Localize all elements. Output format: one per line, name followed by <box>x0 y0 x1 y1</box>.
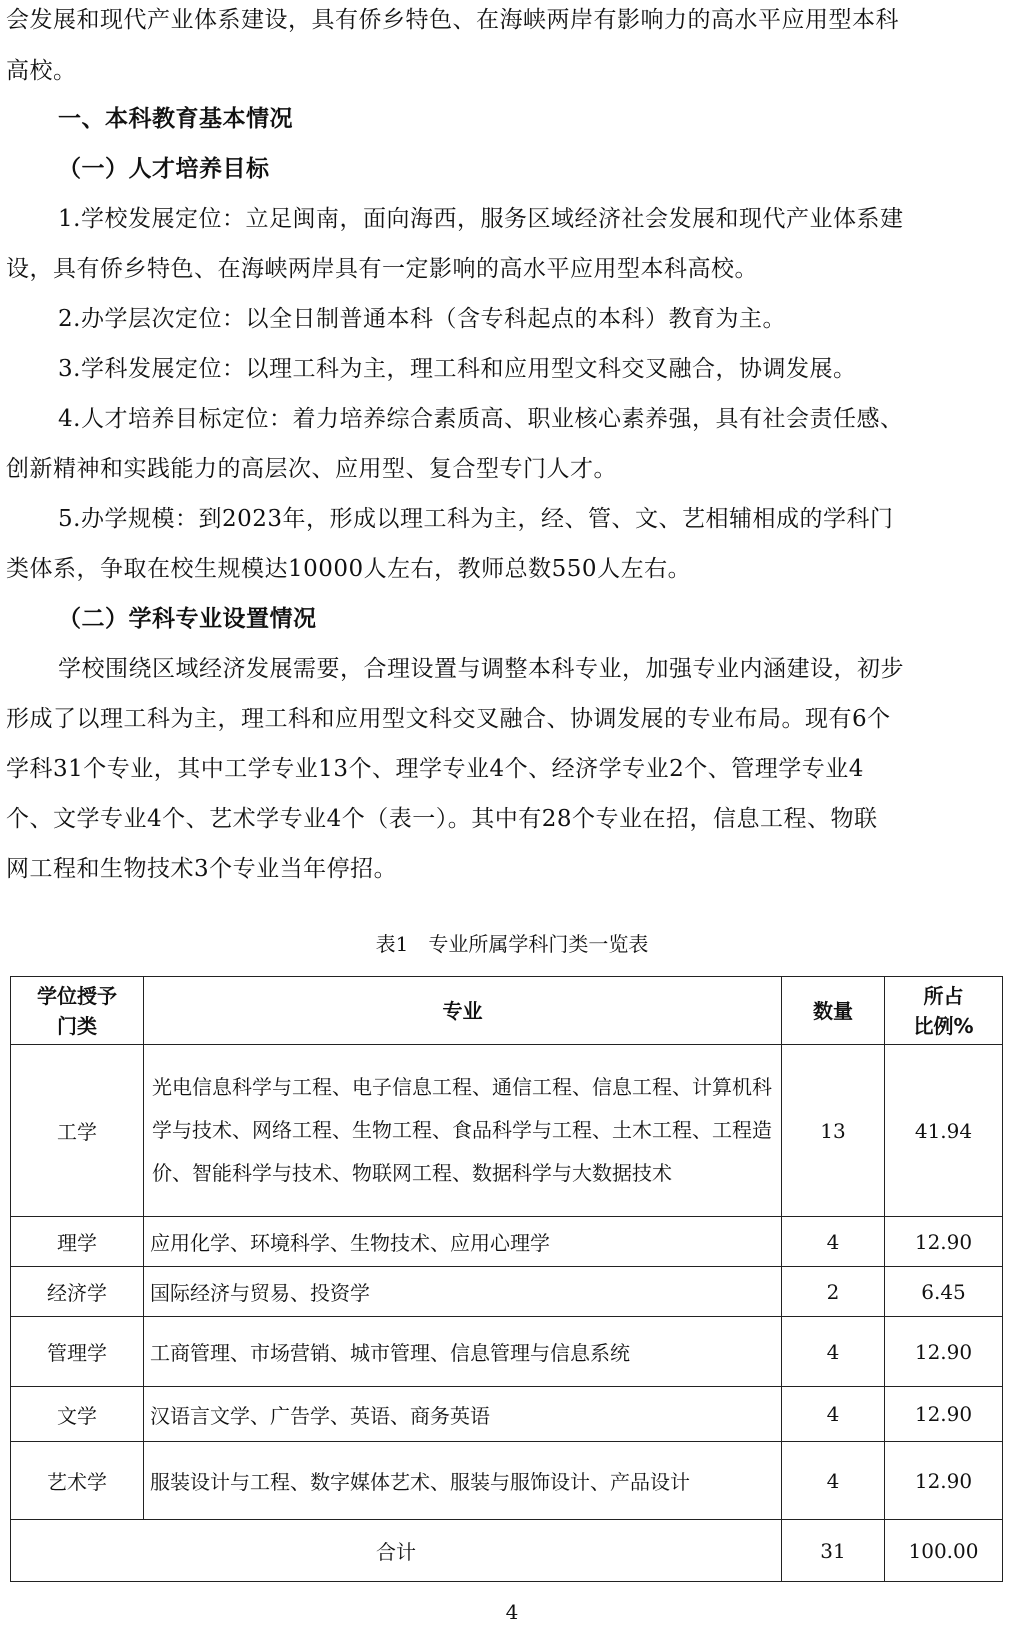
section-heading: （一）人才培养目标 <box>0 154 1024 184</box>
table-row: 工学 光电信息科学与工程、电子信息工程、通信工程、信息工程、计算机科学与技术、网… <box>11 1045 1003 1217</box>
paragraph-line: 设，具有侨乡特色、在海峡两岸具有一定影响的高水平应用型本科高校。 <box>0 254 1024 284</box>
cell-count: 4 <box>782 1217 885 1267</box>
table-row: 管理学 工商管理、市场营销、城市管理、信息管理与信息系统 4 12.90 <box>11 1317 1003 1387</box>
header-count: 数量 <box>782 977 885 1045</box>
header-ratio-line2: 比例% <box>891 1011 996 1041</box>
table-caption: 表1 专业所属学科门类一览表 <box>0 930 1024 958</box>
table-row: 艺术学 服装设计与工程、数字媒体艺术、服装与服饰设计、产品设计 4 12.90 <box>11 1442 1003 1520</box>
header-majors: 专业 <box>144 977 782 1045</box>
header-ratio: 所占 比例% <box>885 977 1003 1045</box>
cell-ratio: 12.90 <box>885 1442 1003 1520</box>
table-body: 工学 光电信息科学与工程、电子信息工程、通信工程、信息工程、计算机科学与技术、网… <box>11 1045 1003 1582</box>
cell-count: 4 <box>782 1317 885 1387</box>
paragraph-line: 高校。 <box>0 56 1024 86</box>
cell-total-ratio: 100.00 <box>885 1520 1003 1582</box>
paragraph-line: 5.办学规模：到2023年，形成以理工科为主，经、管、文、艺相辅相成的学科门 <box>0 504 1024 534</box>
paragraph-line: 学校围绕区域经济发展需要，合理设置与调整本科专业，加强专业内涵建设，初步 <box>0 654 1024 684</box>
header-ratio-line1: 所占 <box>891 981 996 1011</box>
paragraph-line: 网工程和生物技术3个专业当年停招。 <box>0 854 1024 884</box>
table-header-row: 学位授予 门类 专业 数量 所占 比例% <box>11 977 1003 1045</box>
cell-count: 2 <box>782 1267 885 1317</box>
cell-category: 理学 <box>11 1217 144 1267</box>
cell-majors: 应用化学、环境科学、生物技术、应用心理学 <box>144 1217 782 1267</box>
paragraph-line: 创新精神和实践能力的高层次、应用型、复合型专门人才。 <box>0 454 1024 484</box>
cell-ratio: 12.90 <box>885 1317 1003 1387</box>
cell-majors: 国际经济与贸易、投资学 <box>144 1267 782 1317</box>
paragraph-line: 3.学科发展定位：以理工科为主，理工科和应用型文科交叉融合，协调发展。 <box>0 354 1024 384</box>
paragraph-line: 类体系，争取在校生规模达10000人左右，教师总数550人左右。 <box>0 554 1024 584</box>
paragraph-line: 1.学校发展定位：立足闽南，面向海西，服务区域经济社会发展和现代产业体系建 <box>0 204 1024 234</box>
cell-total-label: 合计 <box>11 1520 782 1582</box>
cell-majors: 工商管理、市场营销、城市管理、信息管理与信息系统 <box>144 1317 782 1387</box>
cell-majors: 光电信息科学与工程、电子信息工程、通信工程、信息工程、计算机科学与技术、网络工程… <box>144 1045 782 1217</box>
cell-category: 艺术学 <box>11 1442 144 1520</box>
section-heading: （二）学科专业设置情况 <box>0 604 1024 634</box>
paragraph-line: 2.办学层次定位：以全日制普通本科（含专科起点的本科）教育为主。 <box>0 304 1024 334</box>
header-category-line1: 学位授予 <box>17 981 137 1011</box>
cell-majors: 服装设计与工程、数字媒体艺术、服装与服饰设计、产品设计 <box>144 1442 782 1520</box>
cell-ratio: 41.94 <box>885 1045 1003 1217</box>
cell-count: 4 <box>782 1387 885 1442</box>
paragraph-line: 4.人才培养目标定位：着力培养综合素质高、职业核心素养强，具有社会责任感、 <box>0 404 1024 434</box>
cell-ratio: 12.90 <box>885 1387 1003 1442</box>
table-row: 理学 应用化学、环境科学、生物技术、应用心理学 4 12.90 <box>11 1217 1003 1267</box>
section-heading: 一、本科教育基本情况 <box>0 104 1024 134</box>
cell-majors: 汉语言文学、广告学、英语、商务英语 <box>144 1387 782 1442</box>
cell-count: 13 <box>782 1045 885 1217</box>
header-category-line2: 门类 <box>17 1011 137 1041</box>
paragraph-line: 形成了以理工科为主，理工科和应用型文科交叉融合、协调发展的专业布局。现有6个 <box>0 704 1024 734</box>
header-category: 学位授予 门类 <box>11 977 144 1045</box>
cell-category: 文学 <box>11 1387 144 1442</box>
page-number: 4 <box>0 1598 1024 1626</box>
paragraph-line: 学科31个专业，其中工学专业13个、理学专业4个、经济学专业2个、管理学专业4 <box>0 754 1024 784</box>
paragraph-line: 个、文学专业4个、艺术学专业4个（表一）。其中有28个专业在招，信息工程、物联 <box>0 804 1024 834</box>
paragraph-line: 会发展和现代产业体系建设，具有侨乡特色、在海峡两岸有影响力的高水平应用型本科 <box>0 5 1024 35</box>
cell-ratio: 6.45 <box>885 1267 1003 1317</box>
table-row: 文学 汉语言文学、广告学、英语、商务英语 4 12.90 <box>11 1387 1003 1442</box>
table-total-row: 合计 31 100.00 <box>11 1520 1003 1582</box>
cell-ratio: 12.90 <box>885 1217 1003 1267</box>
cell-category: 工学 <box>11 1045 144 1217</box>
cell-category: 经济学 <box>11 1267 144 1317</box>
table-row: 经济学 国际经济与贸易、投资学 2 6.45 <box>11 1267 1003 1317</box>
cell-category: 管理学 <box>11 1317 144 1387</box>
cell-total-count: 31 <box>782 1520 885 1582</box>
discipline-table: 学位授予 门类 专业 数量 所占 比例% 工学 光电信息科学与工程、电子信息工程… <box>10 976 1003 1582</box>
cell-count: 4 <box>782 1442 885 1520</box>
